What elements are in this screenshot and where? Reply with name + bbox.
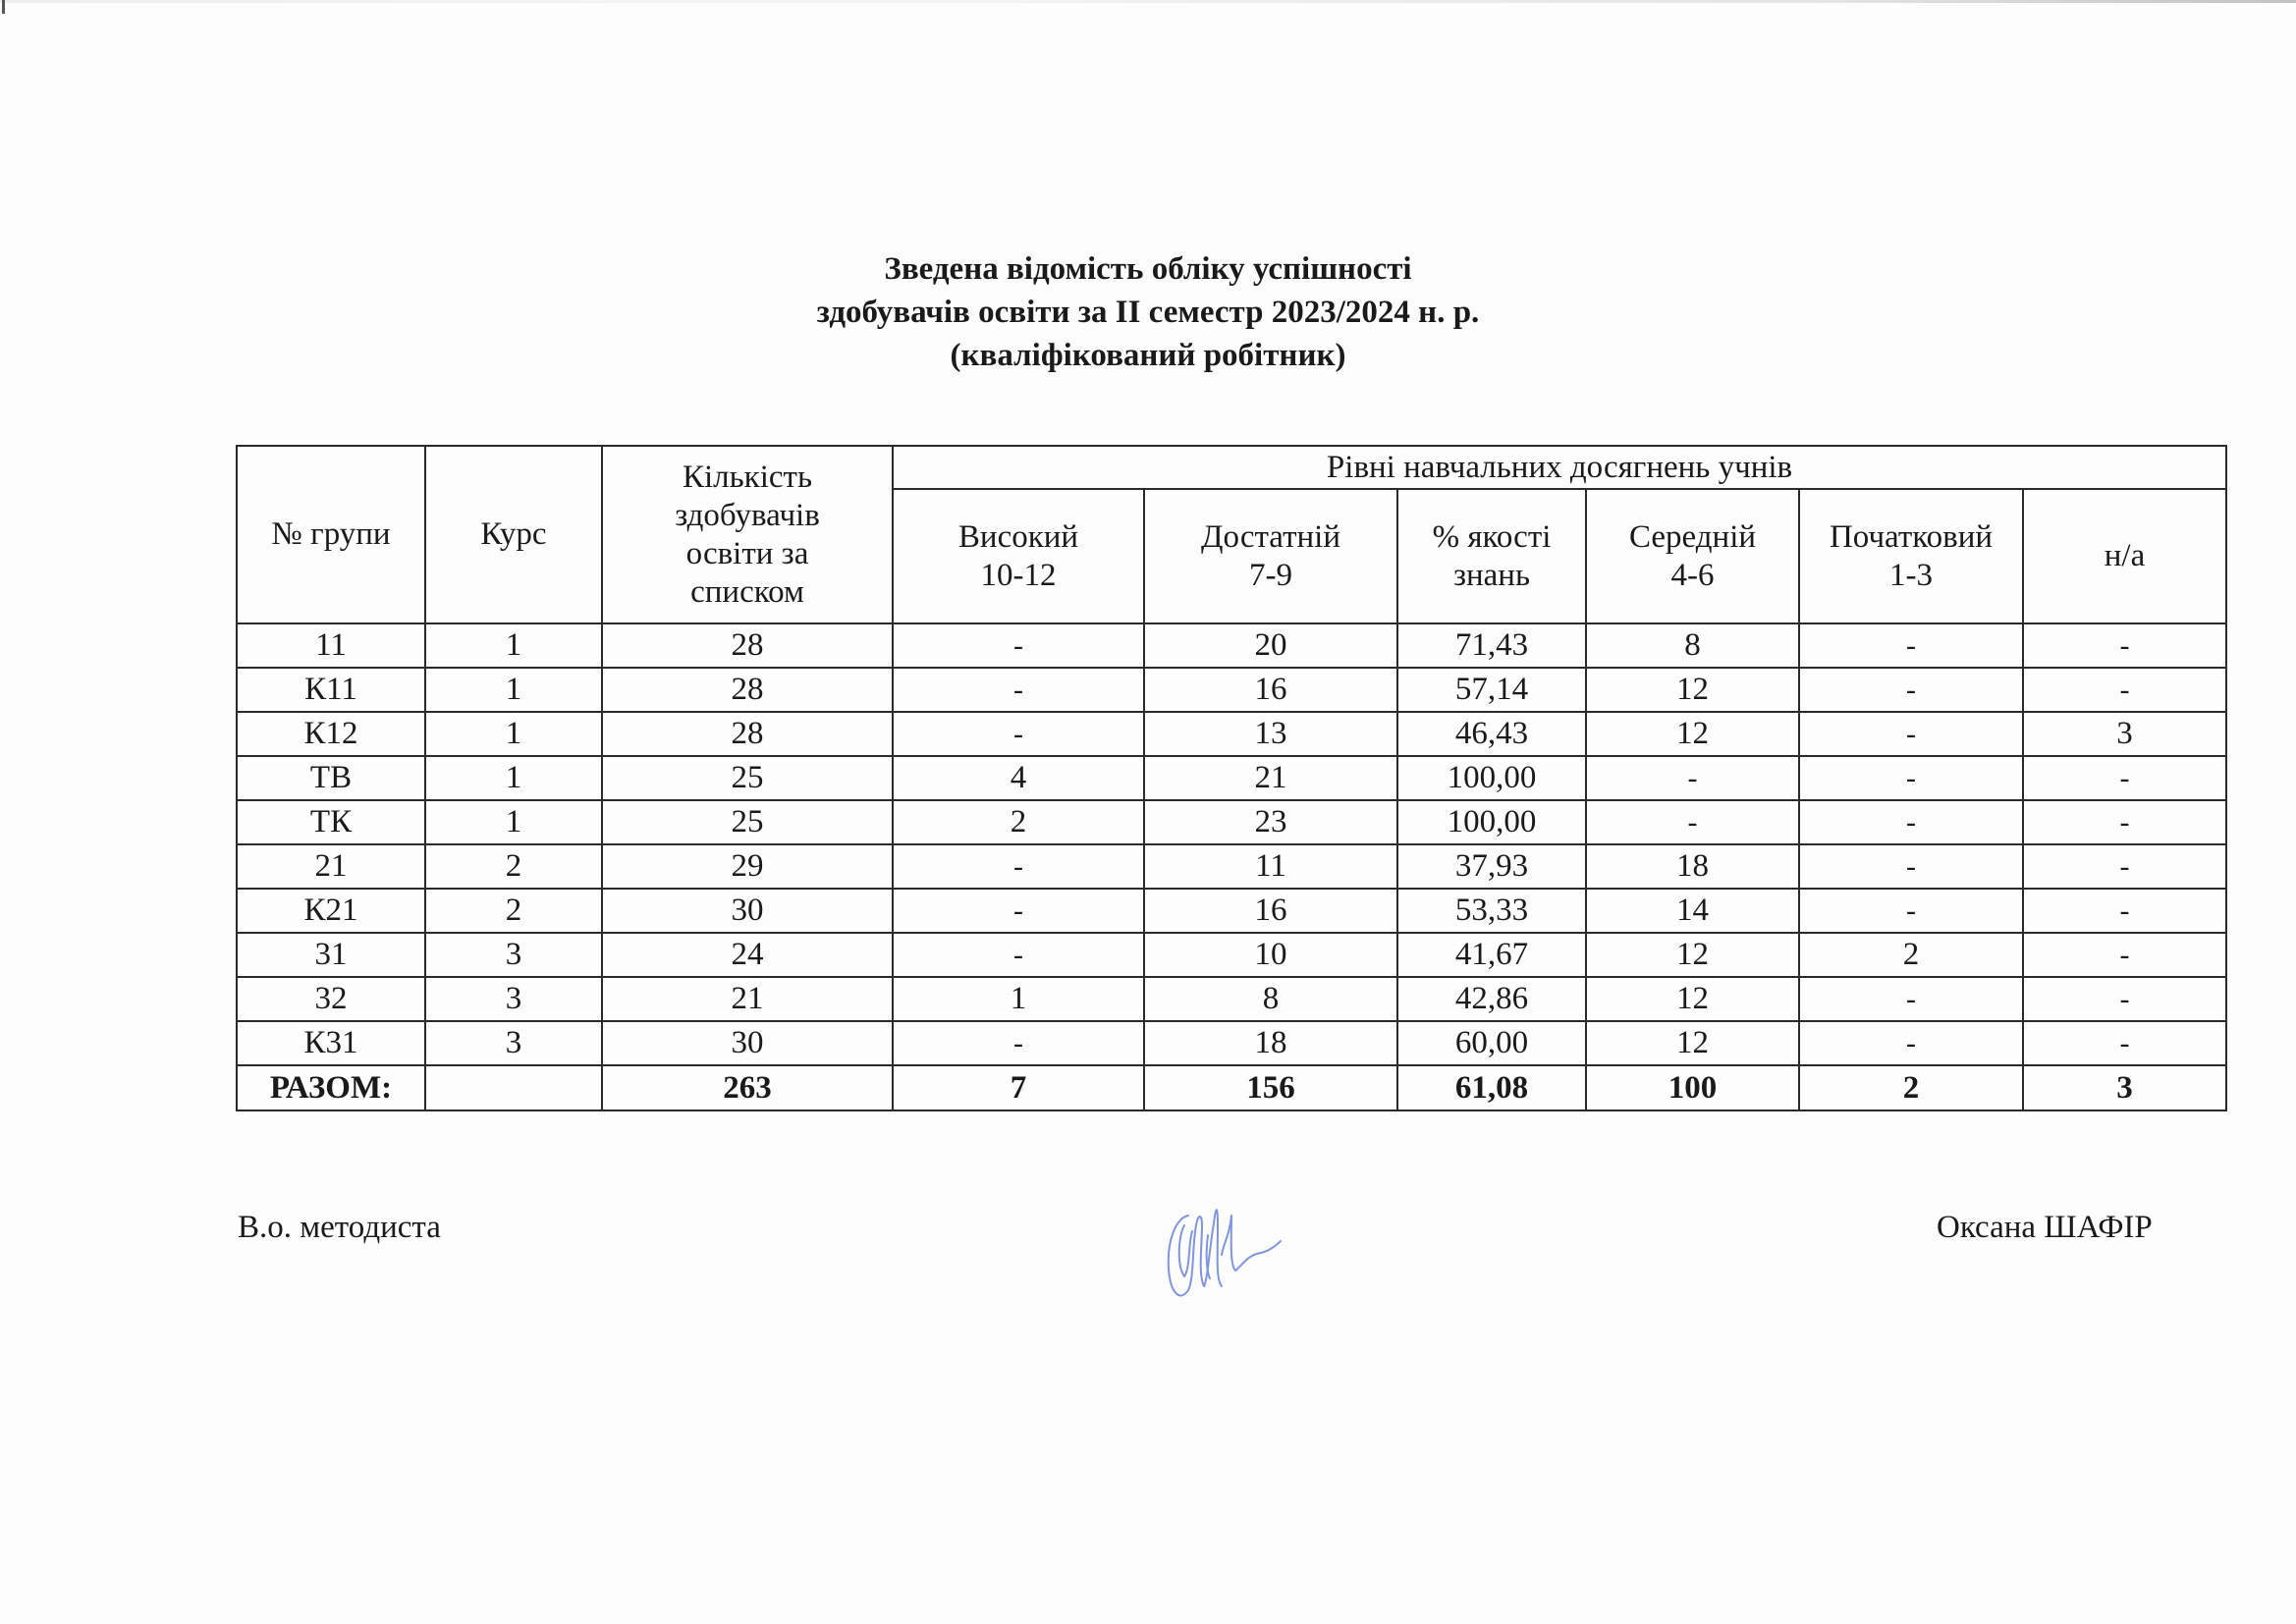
cell-group: 32	[237, 977, 425, 1021]
cell-high: -	[893, 844, 1144, 889]
title-line-1: Зведена відомість обліку успішності	[0, 247, 2296, 291]
header-na: н/а	[2023, 489, 2226, 623]
header-high-range: 10-12	[981, 558, 1057, 593]
cell-quality: 71,43	[1397, 623, 1586, 668]
cell-count: 28	[602, 712, 893, 756]
cell-sufficient: 18	[1144, 1021, 1397, 1065]
header-initial: Початковий 1-3	[1799, 489, 2023, 623]
achievement-table: № групи Курс Кількість здобувачів освіти…	[236, 445, 2227, 1111]
cell-sufficient: 20	[1144, 623, 1397, 668]
cell-quality: 61,08	[1397, 1065, 1586, 1110]
cell-high: -	[893, 623, 1144, 668]
cell-course: 3	[425, 977, 602, 1021]
cell-group: 11	[237, 623, 425, 668]
table-row: 11128-2071,438--	[237, 623, 2226, 668]
cell-initial: -	[1799, 1021, 2023, 1065]
cell-count: 25	[602, 800, 893, 844]
cell-high: 1	[893, 977, 1144, 1021]
cell-group: ТК	[237, 800, 425, 844]
header-quality-sub: знань	[1453, 558, 1530, 593]
cell-course: 1	[425, 712, 602, 756]
cell-sufficient: 13	[1144, 712, 1397, 756]
cell-count: 29	[602, 844, 893, 889]
header-achievement-levels: Рівні навчальних досягнень учнів	[893, 446, 2226, 489]
cell-course: 1	[425, 756, 602, 800]
cell-course: 2	[425, 889, 602, 933]
cell-initial: -	[1799, 623, 2023, 668]
cell-average: -	[1586, 756, 1799, 800]
cell-quality: 57,14	[1397, 668, 1586, 712]
header-quality-label: % якості	[1433, 519, 1552, 555]
cell-group: К31	[237, 1021, 425, 1065]
cell-average: 12	[1586, 977, 1799, 1021]
cell-na: -	[2023, 977, 2226, 1021]
header-high-label: Високий	[958, 519, 1078, 555]
cell-count: 28	[602, 668, 893, 712]
cell-count: 21	[602, 977, 893, 1021]
cell-course: 1	[425, 668, 602, 712]
cell-initial: 2	[1799, 1065, 2023, 1110]
cell-group: ТВ	[237, 756, 425, 800]
cell-high: -	[893, 668, 1144, 712]
cell-high: -	[893, 933, 1144, 977]
cell-na: -	[2023, 844, 2226, 889]
cell-course: 2	[425, 844, 602, 889]
cell-count: 28	[602, 623, 893, 668]
cell-quality: 37,93	[1397, 844, 1586, 889]
cell-initial: -	[1799, 756, 2023, 800]
header-average-range: 4-6	[1671, 558, 1715, 593]
cell-average: 8	[1586, 623, 1799, 668]
cell-group: 31	[237, 933, 425, 977]
cell-na: -	[2023, 889, 2226, 933]
table-row: К11128-1657,1412--	[237, 668, 2226, 712]
table-row: 31324-1041,67122-	[237, 933, 2226, 977]
table-row: К21230-1653,3314--	[237, 889, 2226, 933]
cell-na: -	[2023, 623, 2226, 668]
cell-average: 12	[1586, 1021, 1799, 1065]
cell-quality: 42,86	[1397, 977, 1586, 1021]
cell-sufficient: 16	[1144, 668, 1397, 712]
cell-na: -	[2023, 668, 2226, 712]
cell-course: 3	[425, 933, 602, 977]
signer-position: В.о. методиста	[238, 1208, 441, 1247]
table-row: 21229-1137,9318--	[237, 844, 2226, 889]
cell-high: -	[893, 889, 1144, 933]
header-high: Високий 10-12	[893, 489, 1144, 623]
cell-sufficient: 11	[1144, 844, 1397, 889]
cell-quality: 53,33	[1397, 889, 1586, 933]
cell-na: -	[2023, 1021, 2226, 1065]
cell-na: 3	[2023, 1065, 2226, 1110]
cell-initial: 2	[1799, 933, 2023, 977]
cell-average: 100	[1586, 1065, 1799, 1110]
cell-quality: 100,00	[1397, 800, 1586, 844]
cell-group: К12	[237, 712, 425, 756]
cell-quality: 46,43	[1397, 712, 1586, 756]
cell-group: К21	[237, 889, 425, 933]
total-row: РАЗОМ:263715661,0810023	[237, 1065, 2226, 1110]
title-line-3: (кваліфікований робітник)	[0, 334, 2296, 377]
scan-edge	[0, 0, 2296, 3]
cell-group: 21	[237, 844, 425, 889]
cell-average: 12	[1586, 933, 1799, 977]
cell-initial: -	[1799, 712, 2023, 756]
cell-count: 30	[602, 889, 893, 933]
cell-sufficient: 16	[1144, 889, 1397, 933]
table-row: ТВ125421100,00---	[237, 756, 2226, 800]
cell-quality: 60,00	[1397, 1021, 1586, 1065]
header-student-count: Кількість здобувачів освіти за списком	[602, 446, 893, 623]
cell-na: -	[2023, 933, 2226, 977]
title-line-2: здобувачів освіти за ІІ семестр 2023/202…	[0, 291, 2296, 334]
cell-count: 263	[602, 1065, 893, 1110]
cell-high: 4	[893, 756, 1144, 800]
cell-course: 1	[425, 800, 602, 844]
cell-high: -	[893, 712, 1144, 756]
cell-sufficient: 23	[1144, 800, 1397, 844]
cell-count: 30	[602, 1021, 893, 1065]
cell-sufficient: 8	[1144, 977, 1397, 1021]
header-sufficient-range: 7-9	[1249, 558, 1292, 593]
cell-count: 25	[602, 756, 893, 800]
header-average-label: Середній	[1629, 519, 1756, 555]
cell-course: 1	[425, 623, 602, 668]
signer-name: Оксана ШАФІР	[1937, 1208, 2153, 1247]
signature-icon	[1159, 1196, 1286, 1309]
cell-na: 3	[2023, 712, 2226, 756]
cell-initial: -	[1799, 668, 2023, 712]
cell-initial: -	[1799, 800, 2023, 844]
cell-course	[425, 1065, 602, 1110]
cell-sufficient: 10	[1144, 933, 1397, 977]
cell-na: -	[2023, 756, 2226, 800]
cell-average: 12	[1586, 668, 1799, 712]
cell-initial: -	[1799, 889, 2023, 933]
scan-mark	[2, 0, 5, 14]
cell-course: 3	[425, 1021, 602, 1065]
cell-sufficient: 156	[1144, 1065, 1397, 1110]
header-student-count-label: Кількість здобувачів освіти за списком	[675, 460, 820, 610]
cell-high: -	[893, 1021, 1144, 1065]
header-initial-range: 1-3	[1889, 558, 1933, 593]
cell-average: -	[1586, 800, 1799, 844]
document-title: Зведена відомість обліку успішності здоб…	[0, 247, 2296, 377]
table-row: К12128-1346,4312-3	[237, 712, 2226, 756]
header-sufficient-label: Достатній	[1201, 519, 1340, 555]
cell-na: -	[2023, 800, 2226, 844]
cell-average: 14	[1586, 889, 1799, 933]
cell-sufficient: 21	[1144, 756, 1397, 800]
cell-group: К11	[237, 668, 425, 712]
cell-quality: 100,00	[1397, 756, 1586, 800]
header-quality: % якості знань	[1397, 489, 1586, 623]
cell-quality: 41,67	[1397, 933, 1586, 977]
header-initial-label: Початковий	[1830, 519, 1993, 555]
cell-group: РАЗОМ:	[237, 1065, 425, 1110]
header-course: Курс	[425, 446, 602, 623]
cell-average: 12	[1586, 712, 1799, 756]
cell-initial: -	[1799, 977, 2023, 1021]
table-row: ТК125223100,00---	[237, 800, 2226, 844]
table-body: 11128-2071,438--К11128-1657,1412--К12128…	[237, 623, 2226, 1110]
header-average: Середній 4-6	[1586, 489, 1799, 623]
header-group-number: № групи	[237, 446, 425, 623]
cell-high: 2	[893, 800, 1144, 844]
table-row: К31330-1860,0012--	[237, 1021, 2226, 1065]
cell-initial: -	[1799, 844, 2023, 889]
cell-count: 24	[602, 933, 893, 977]
cell-average: 18	[1586, 844, 1799, 889]
cell-high: 7	[893, 1065, 1144, 1110]
table-row: 323211842,8612--	[237, 977, 2226, 1021]
header-sufficient: Достатній 7-9	[1144, 489, 1397, 623]
